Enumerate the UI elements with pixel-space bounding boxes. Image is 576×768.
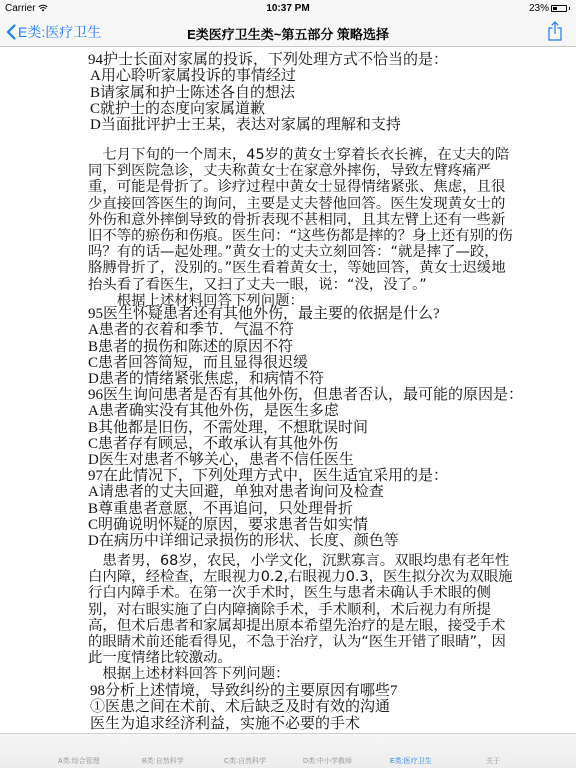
option-c: C患者回答简短，而且显得很迟缓	[88, 355, 488, 371]
case-paragraph-2: 七月下旬的一个周末，45岁的黄女士穿着长衣长裤，在丈夫的陪 同下到医院急诊，丈夫…	[88, 147, 488, 309]
battery-percent: 23%	[529, 3, 549, 14]
paragraph-line: 行白内障手术。在第一次手术时，医生与患者未确认手术眼的侧	[88, 585, 488, 601]
question-text: 94护士长面对家属的投诉，下列处理方式不恰当的是：	[88, 52, 488, 68]
paragraph-line: 白内障，经检查，左眼视力0.2,右眼视力0.3，医生拟分次为双眼施	[88, 569, 488, 585]
paragraph-line: 外伤和意外摔倒导致的骨折表现不甚相同，且其左臂上还有一些新	[88, 212, 488, 228]
status-bar: Carrier 10:37 PM 23%	[0, 0, 576, 18]
option-a: A患者确实没有其他外伤，是医生多虑	[88, 403, 488, 419]
paragraph-line: 吗？有的话—起处理。”黄女士的丈夫立刻回答：“就是摔了—跤，	[88, 244, 488, 260]
option-a: A患者的衣着和季节．气温不符	[88, 322, 488, 338]
material-prompt: 根据上述材料回答下列问题：	[88, 666, 488, 682]
clock: 10:37 PM	[0, 3, 576, 14]
paragraph-line: 同下到医院急诊，丈夫称黄女士在家意外摔伤，导致左臂疼痛严	[88, 163, 488, 179]
option-c: C就护士的态度向家属道歉	[88, 101, 488, 117]
tab-e-medical-health[interactable]: E类:医疗卫生	[390, 756, 432, 766]
chevron-left-icon	[6, 24, 16, 40]
option-d: D患者的情绪紧张焦虑，和病情不符	[88, 371, 488, 387]
question-98: 98分析上述情境，导致纠纷的主要原因有哪些7 ①医患之间在术前、术后缺乏及时有效…	[88, 683, 488, 732]
option-c: C明确说明怀疑的原因，要求患者告如实情	[88, 517, 488, 533]
share-button[interactable]	[548, 21, 562, 46]
question-96: 96医生询问患者是否有其他外伤，但患者否认，最可能的原因是： A患者确实没有其他…	[88, 387, 488, 468]
tab-bar: A类:综合管理 B类:自然科学 C类:自然科学 D类:中小学教师 E类:医疗卫生…	[0, 733, 576, 768]
question-text: 97在此情况下，下列处理方式中，医生适宜采用的是：	[88, 468, 488, 484]
paragraph-line: 胳膊骨折了，没别的。”医生看着黄女士，等她回答，黄女士迟缓地	[88, 260, 488, 276]
option-c: C患者存有顾忌，不敢承认有其他外伤	[88, 436, 488, 452]
paragraph-line: 旧不等的瘀伤和伤痕。医生问：“这些伤都是摔的？身上还有别的伤	[88, 228, 488, 244]
option-b: B患者的损伤和陈述的原因不符	[88, 339, 488, 355]
paragraph-line: 七月下旬的一个周末，45岁的黄女士穿着长衣长裤，在丈夫的陪	[88, 147, 488, 163]
share-icon	[548, 21, 562, 41]
tab-c-natural-science[interactable]: C类:自然科学	[224, 756, 266, 766]
option-b: B其他都是旧伤，不需处理，不想耽误时间	[88, 420, 488, 436]
battery-indicator: 23%	[529, 3, 570, 14]
question-text: 96医生询问患者是否有其他外伤，但患者否认，最可能的原因是：	[88, 387, 488, 403]
case-paragraph-3: 患者男，68岁，农民，小学文化，沉默寡言。双眼均患有老年性 白内障，经检查，左眼…	[88, 553, 488, 683]
question-text: 95医生怀疑患者还有其他外伤，最主要的依据是什么?	[88, 306, 488, 322]
option-1: ①医患之间在术前、术后缺乏及时有效的沟通	[88, 699, 488, 715]
option-b: B请家属和护士陈述各自的想法	[88, 85, 488, 101]
question-97: 97在此情况下，下列处理方式中，医生适宜采用的是： A请患者的丈夫回避，单独对患…	[88, 468, 488, 549]
tab-d-school-teacher[interactable]: D类:中小学教师	[303, 756, 352, 766]
paragraph-line: 患者男，68岁，农民，小学文化，沉默寡言。双眼均患有老年性	[88, 553, 488, 569]
option-b: B尊重患者意愿，不再追问，只处理骨折	[88, 501, 488, 517]
question-95: 95医生怀疑患者还有其他外伤，最主要的依据是什么? A患者的衣着和季节．气温不符…	[88, 306, 488, 387]
option-2: 医生为追求经济利益，实施不必要的手术	[88, 716, 488, 732]
option-d: D医生对患者不够关心，患者不信任医生	[88, 452, 488, 468]
option-a: A请患者的丈夫回避，单独对患者询问及检查	[88, 484, 488, 500]
tab-about[interactable]: 关于	[486, 756, 500, 766]
navigation-bar: E类:医疗卫生 E类医疗卫生类~第五部分 策略选择	[0, 18, 576, 47]
option-d: D当面批评护士王某，表达对家属的理解和支持	[88, 117, 488, 133]
back-label: E类:医疗卫生	[18, 22, 101, 42]
back-button[interactable]: E类:医疗卫生	[6, 22, 101, 42]
option-d: D在病历中详细记录损伤的形状、长度、颜色等	[88, 533, 488, 549]
battery-icon	[551, 5, 567, 12]
paragraph-line: 重，可能是骨折了。诊疗过程中黄女士显得情绪紧张、焦虑，且很	[88, 179, 488, 195]
question-94: 94护士长面对家属的投诉，下列处理方式不恰当的是： A用心聆听家属投诉的事情经过…	[88, 52, 488, 133]
article-content[interactable]: 94护士长面对家属的投诉，下列处理方式不恰当的是： A用心聆听家属投诉的事情经过…	[0, 47, 576, 733]
paragraph-line: 高，但术后患者和家属却提出原本希望先治疗的是左眼，接受手术	[88, 618, 488, 634]
paragraph-line: 少直接回答医生的询问，主要是丈夫替他回答。医生发现黄女士的	[88, 196, 488, 212]
option-a: A用心聆听家属投诉的事情经过	[88, 68, 488, 84]
question-text: 98分析上述情境，导致纠纷的主要原因有哪些7	[88, 683, 488, 699]
tab-b-natural-science[interactable]: B类:自然科学	[142, 756, 184, 766]
paragraph-line: 别，对右眼实施了白内障摘除手术，手术顺利，术后视力有所提	[88, 602, 488, 618]
paragraph-line: 抬头看了看医生，又扫了丈夫一眼，说：“没，没了。”	[88, 277, 488, 293]
paragraph-line: 的眼睛术前还能看得见，不急于治疗，认为“医生开错了眼睛”，因	[88, 634, 488, 650]
paragraph-line: 此一度情绪比较激动。	[88, 650, 488, 666]
tab-a-general-management[interactable]: A类:综合管理	[58, 756, 100, 766]
